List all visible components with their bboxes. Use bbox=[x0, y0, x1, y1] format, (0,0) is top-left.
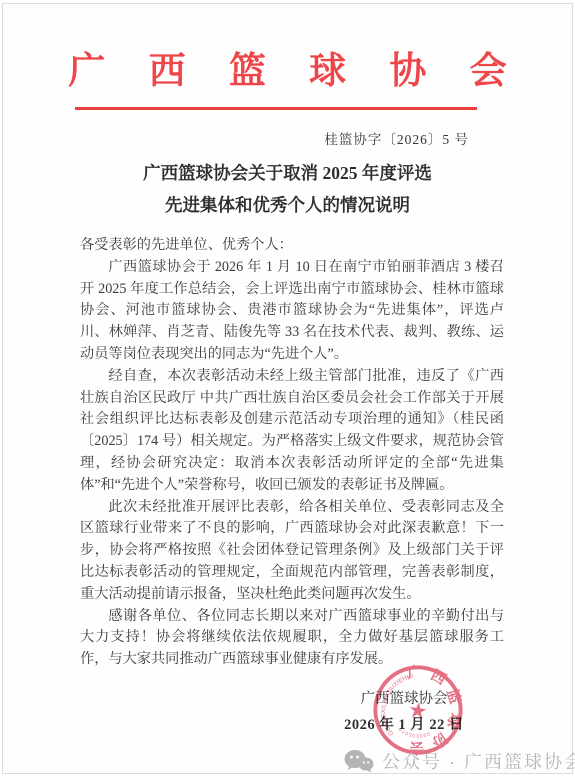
doc-title: 广西篮球协会关于取消 2025 年度评选 先进集体和优秀个人的情况说明 bbox=[3, 157, 572, 221]
doc-title-line1: 广西篮球协会关于取消 2025 年度评选 bbox=[3, 157, 572, 189]
body-paragraph: 经自查，本次表彰活动未经上级主管部门批准，违反了《广西壮族自治区民政厅 中共广西… bbox=[80, 366, 504, 497]
red-divider bbox=[75, 107, 477, 110]
document-page: 广 西 篮 球 协 会 桂篮协字〔2026〕5 号 广西篮球协会关于取消 202… bbox=[2, 3, 573, 774]
body-paragraph: 感谢各单位、各位同志长期以来对广西篮球事业的辛勤付出与大力支持！协会将继续依法依… bbox=[80, 606, 504, 671]
doc-title-line2: 先进集体和优秀个人的情况说明 bbox=[3, 189, 572, 221]
body-paragraph: 广西篮球协会于 2026 年 1 月 10 日在南宁市铂丽菲酒店 3 楼召开 2… bbox=[80, 257, 504, 366]
signature-date: 2026 年 1 月 22 日 bbox=[344, 712, 464, 738]
wechat-icon bbox=[344, 749, 374, 773]
body-paragraph: 此次未经批准开展评比表彰，给各相关单位、受表彰同志及全区篮球行业带来了不良的影响… bbox=[80, 497, 504, 606]
org-name-header: 广 西 篮 球 协 会 bbox=[3, 40, 572, 94]
document-body: 各受表彰的先进单位、优秀个人： 广西篮球协会于 2026 年 1 月 10 日在… bbox=[80, 235, 504, 671]
doc-number: 桂篮协字〔2026〕5 号 bbox=[324, 128, 469, 148]
salutation: 各受表彰的先进单位、优秀个人： bbox=[80, 235, 504, 257]
signature-block: 广西篮球协会 2026 年 1 月 22 日 bbox=[344, 686, 464, 738]
signature: 广西篮球协会 bbox=[344, 686, 464, 712]
footer-watermark: 公众号 · 广西篮球协会 bbox=[344, 748, 575, 774]
watermark-text: 公众号 · 广西篮球协会 bbox=[382, 748, 575, 774]
